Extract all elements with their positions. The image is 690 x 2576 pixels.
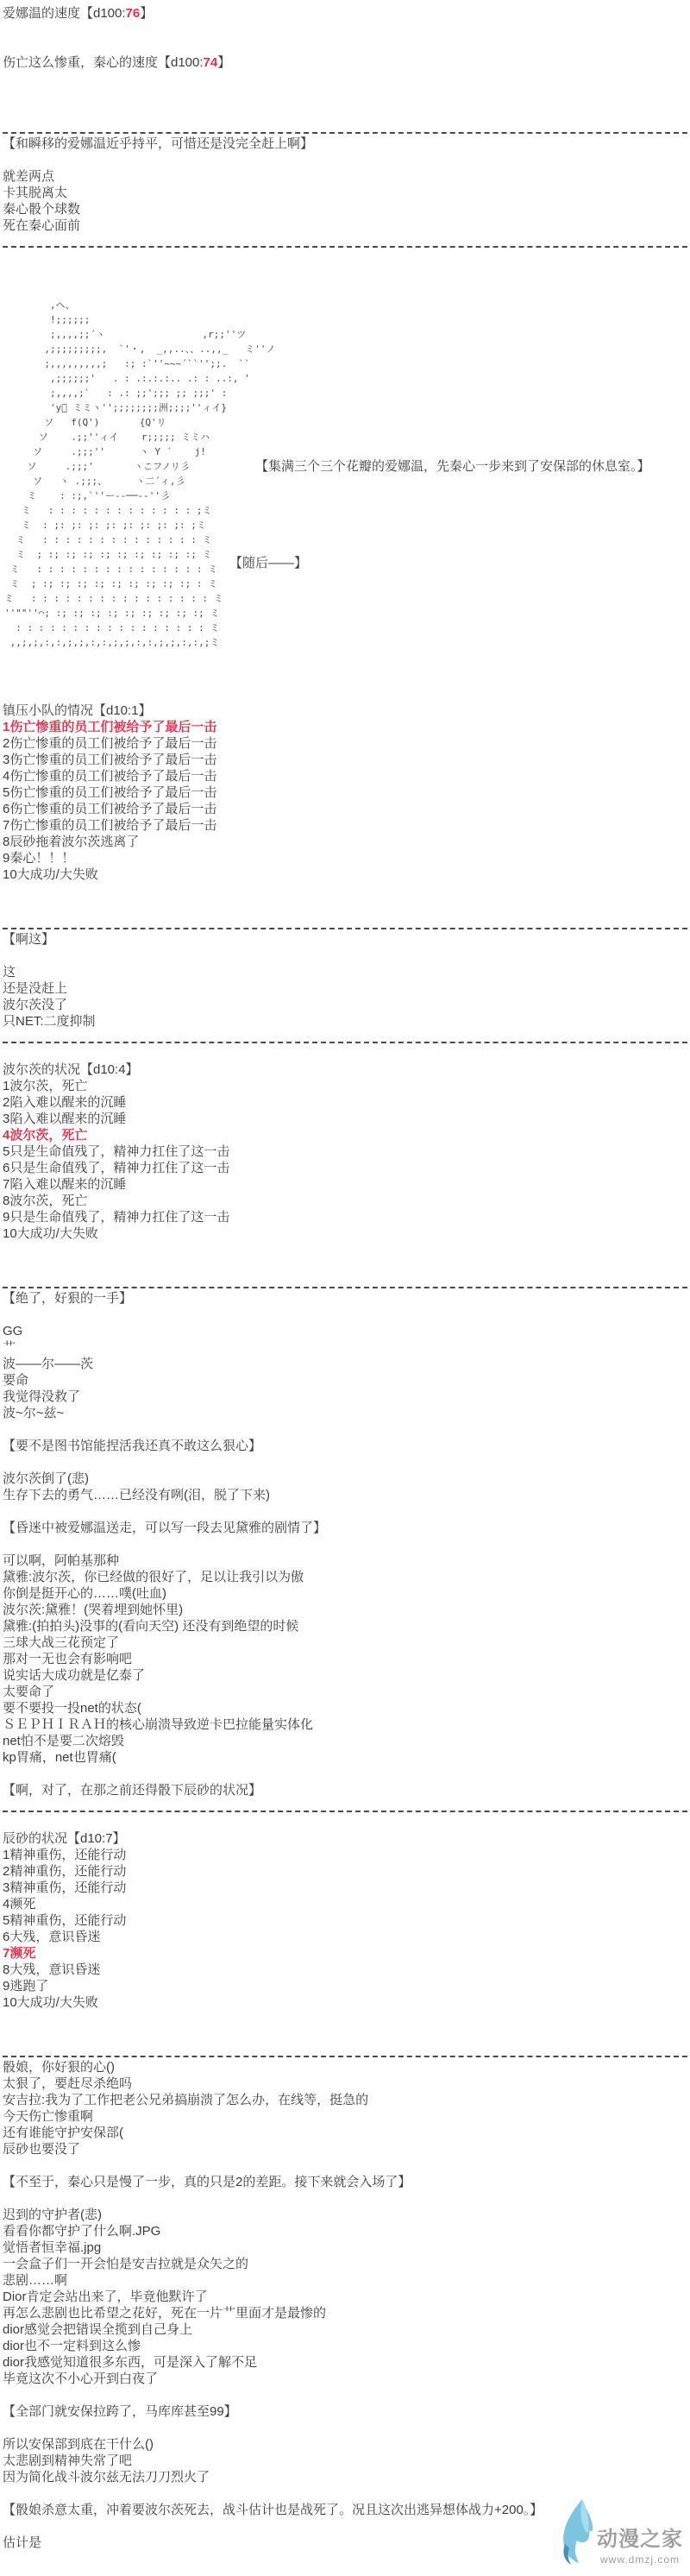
text-line: 4波尔茨，死亡 [3, 1127, 690, 1143]
narration-caption: 【集满三个三个花瓣的爱娜温，先秦心一步来到了安保部的休息室。】 [255, 458, 650, 475]
text-line: 2精神重伤，还能行动 [3, 1863, 690, 1880]
site-watermark: 动漫之家 www.dmzj.com [557, 2497, 683, 2567]
text-line: 辰砂也要没了 [3, 2141, 690, 2157]
blank-space [3, 1454, 690, 1471]
text-line: 7陷入难以醒来的沉睡 [3, 1176, 690, 1193]
separator-line [3, 916, 690, 931]
text-line: 波尔茨倒了(悲) [3, 1471, 690, 1487]
text-line: 毕竟这次不小心开到白夜了 [3, 2371, 690, 2387]
text-line: dior我感觉知道很多东西，可是深入了解不足 [3, 2354, 690, 2371]
text-line: 1波尔茨，死亡 [3, 1078, 690, 1094]
text-line: 要命 [3, 1372, 690, 1389]
text-line: 这 [3, 964, 690, 980]
text-line: 太悲剧到精神失常了吧 [3, 2453, 690, 2469]
blank-space [3, 1503, 690, 1520]
narration-caption: 【随后——】 [229, 555, 307, 571]
text-line: 10大成功/大失败 [3, 866, 690, 883]
post-content: 爱娜温的速度【d100:76】伤亡这么惨重，秦心的速度【d100:74】【和瞬移… [0, 0, 690, 2576]
text-line: 1精神重伤，还能行动 [3, 1847, 690, 1863]
ascii-art-block: ,ヘ、 !;;;;;; ;,,,,;;´ヽ ,r;;''ツ ,;;;;;;;;;… [3, 249, 690, 702]
blank-space [3, 1766, 690, 1782]
separator-line [3, 234, 690, 249]
blank-space [3, 1045, 690, 1061]
text-line: 3精神重伤，还能行动 [3, 1880, 690, 1896]
text-line: 2陷入难以醒来的沉睡 [3, 1094, 690, 1111]
ascii-art: ,ヘ、 !;;;;;; ;,,,,;;´ヽ ,r;;''ツ ,;;;;;;;;;… [4, 298, 275, 650]
blank-space [3, 2420, 690, 2436]
blank-space [3, 2190, 690, 2207]
text-line: 黛雅:(拍拍头)没事的(看向天空) 还没有到绝望的时候 [3, 1618, 690, 1634]
blank-space [3, 1242, 690, 1275]
text-line: net怕不是要二次熔毁 [3, 1733, 690, 1749]
blank-space [3, 2387, 690, 2403]
text-line: 5精神重伤，还能行动 [3, 1912, 690, 1929]
text-line: 艹 [3, 1339, 690, 1356]
text-line: 6伤亡惨重的员工们被给予了最后一击 [3, 801, 690, 817]
text-line: 还是没赶上 [3, 980, 690, 997]
text-line: 3伤亡惨重的员工们被给予了最后一击 [3, 752, 690, 768]
text-line: 太狠了，要赶尽杀绝吗 [3, 2075, 690, 2092]
text-line: 波尔茨的状况【d10:4】 [3, 1061, 690, 1078]
text-line: 说实话大成功就是亿泰了 [3, 1667, 690, 1684]
text-line: GG [3, 1323, 690, 1339]
text-line: 卡其脱离太 [3, 185, 690, 201]
text-line: 三球大战三花预定了 [3, 1634, 690, 1651]
text-line: 生存下去的勇气……已经没有咧(泪，脱了下来) [3, 1487, 690, 1503]
watermark-site-name: 动漫之家 [597, 2529, 683, 2551]
text-line: Dior肯定会站出来了，毕竟他默许了 [3, 2289, 690, 2305]
text-line: dior也不一定料到这么惨 [3, 2338, 690, 2354]
text-line: 骰娘，你好狠的心() [3, 2059, 690, 2075]
text-line: 波——尔——茨 [3, 1356, 690, 1372]
text-line: 死在秦心面前 [3, 217, 690, 234]
blank-space [3, 71, 690, 120]
text-line: 波尔茨没了 [3, 997, 690, 1013]
separator-line [3, 1030, 690, 1045]
blank-space [3, 883, 690, 916]
text-line: 4伤亡惨重的员工们被给予了最后一击 [3, 768, 690, 784]
text-line: 4濒死 [3, 1896, 690, 1912]
text-line: ＳＥＰＨＩＲＡＨ的核心崩溃导致逆卡巴拉能量实体化 [3, 1716, 690, 1733]
blank-space [3, 22, 690, 54]
text-line: 要不要投一投net的状态( [3, 1700, 690, 1716]
blank-space [3, 1307, 690, 1323]
separator-line [3, 2044, 690, 2059]
blank-space [3, 948, 690, 964]
separator-line [3, 1275, 690, 1290]
text-line: 6大残，意识昏迷 [3, 1929, 690, 1945]
text-line: 秦心骰个球数 [3, 201, 690, 217]
text-line: 【全部门就安保拉跨了，马库库甚至99】 [3, 2403, 690, 2420]
text-line: 5只是生命值残了，精神力扛住了这一击 [3, 1143, 690, 1160]
text-line: 因为简化战斗波尔兹无法刀刀烈火了 [3, 2469, 690, 2485]
text-line: 10大成功/大失败 [3, 1994, 690, 2011]
text-line: 我觉得没救了 [3, 1389, 690, 1405]
text-line: 8波尔茨，死亡 [3, 1193, 690, 1209]
separator-line [3, 2567, 690, 2576]
text-line: 爱娜温的速度【d100:76】 [3, 5, 690, 22]
text-line: 安吉拉:我为了工作把老公兄弟搞崩溃了怎么办，在线等，挺急的 [3, 2092, 690, 2108]
blank-space [3, 2011, 690, 2044]
text-line: 9只是生命值残了，精神力扛住了这一击 [3, 1209, 690, 1225]
watermark-text: 动漫之家 www.dmzj.com [597, 2497, 683, 2566]
text-line: 伤亡这么惨重，秦心的速度【d100:74】 [3, 54, 690, 71]
text-line: 7伤亡惨重的员工们被给予了最后一击 [3, 817, 690, 834]
text-line: 觉悟者恒幸福.jpg [3, 2239, 690, 2256]
text-line: 就差两点 [3, 168, 690, 185]
text-line: 迟到的守护者(悲) [3, 2207, 690, 2223]
text-line: 7濒死 [3, 1945, 690, 1962]
blank-space [3, 1814, 690, 1830]
text-line: dior感觉会把错误全揽到自己身上 [3, 2321, 690, 2338]
text-line: 所以安保部到底在干什么() [3, 2436, 690, 2453]
text-line: 再怎么悲剧也比希望之花好，死在一片艹里面才是最惨的 [3, 2305, 690, 2321]
text-line: 一会盒子们一开会怕是安吉拉就是众矢之的 [3, 2256, 690, 2272]
text-line: 8大残，意识昏迷 [3, 1962, 690, 1978]
text-line: 【昏迷中被爱娜温送走，可以写一段去见黛雅的剧情了】 [3, 1520, 690, 1536]
text-line: 还有谁能守护安保部( [3, 2125, 690, 2141]
text-line: 那对一无也会有影响吧 [3, 1651, 690, 1667]
text-line: 你倒是挺开心的……噗(吐血) [3, 1585, 690, 1602]
text-line: 辰砂的状况【d10:7】 [3, 1830, 690, 1847]
blank-space [3, 2157, 690, 2174]
blank-space [3, 1421, 690, 1438]
text-line: 6只是生命值残了，精神力扛住了这一击 [3, 1160, 690, 1176]
watermark-site-url: www.dmzj.com [597, 2554, 683, 2566]
text-line: 黛雅:波尔茨，你已经做的很好了，足以让我引以为傲 [3, 1569, 690, 1585]
text-line: 看看你都守护了什么啊.JPG [3, 2223, 690, 2239]
text-line: 今天伤亡惨重啊 [3, 2108, 690, 2125]
separator-line [3, 120, 690, 135]
text-line: 太要命了 [3, 1684, 690, 1700]
text-line: 【和瞬移的爱娜温近乎持平，可惜还是没完全赶上啊】 [3, 135, 690, 152]
text-line: 只NET:二度抑制 [3, 1013, 690, 1030]
flame-icon [557, 2497, 593, 2567]
text-line: 2伤亡惨重的员工们被给予了最后一击 [3, 735, 690, 752]
blank-space [3, 152, 690, 168]
text-line: 8辰砂拖着波尔茨逃离了 [3, 834, 690, 850]
text-line: 波尔茨:黛雅！(哭着埋到她怀里) [3, 1602, 690, 1618]
text-line: 【啊，对了，在那之前还得骰下辰砂的状况】 [3, 1782, 690, 1798]
text-line: 9逃跑了 [3, 1978, 690, 1994]
text-line: 镇压小队的情况【d10:1】 [3, 702, 690, 719]
text-line: 9秦心！！！ [3, 850, 690, 866]
text-line: 悲剧……啊 [3, 2272, 690, 2289]
text-line: kp胃痛，net也胃痛( [3, 1749, 690, 1766]
text-line: 波~尔~兹~ [3, 1405, 690, 1421]
text-line: 【啊这】 [3, 931, 690, 948]
text-line: 【绝了，好狠的一手】 [3, 1290, 690, 1307]
text-line: 10大成功/大失败 [3, 1225, 690, 1242]
text-line: 可以啊，阿帕基那种 [3, 1553, 690, 1569]
text-line: 1伤亡惨重的员工们被给予了最后一击 [3, 719, 690, 735]
text-line: 【不至于，秦心只是慢了一步，真的只是2的差距。接下来就会入场了】 [3, 2174, 690, 2190]
separator-line [3, 1798, 690, 1814]
text-line: 【要不是图书馆能捏活我还真不敢这么狠心】 [3, 1438, 690, 1454]
blank-space [3, 1536, 690, 1553]
text-line: 5伤亡惨重的员工们被给予了最后一击 [3, 784, 690, 801]
text-line: 3陷入难以醒来的沉睡 [3, 1111, 690, 1127]
